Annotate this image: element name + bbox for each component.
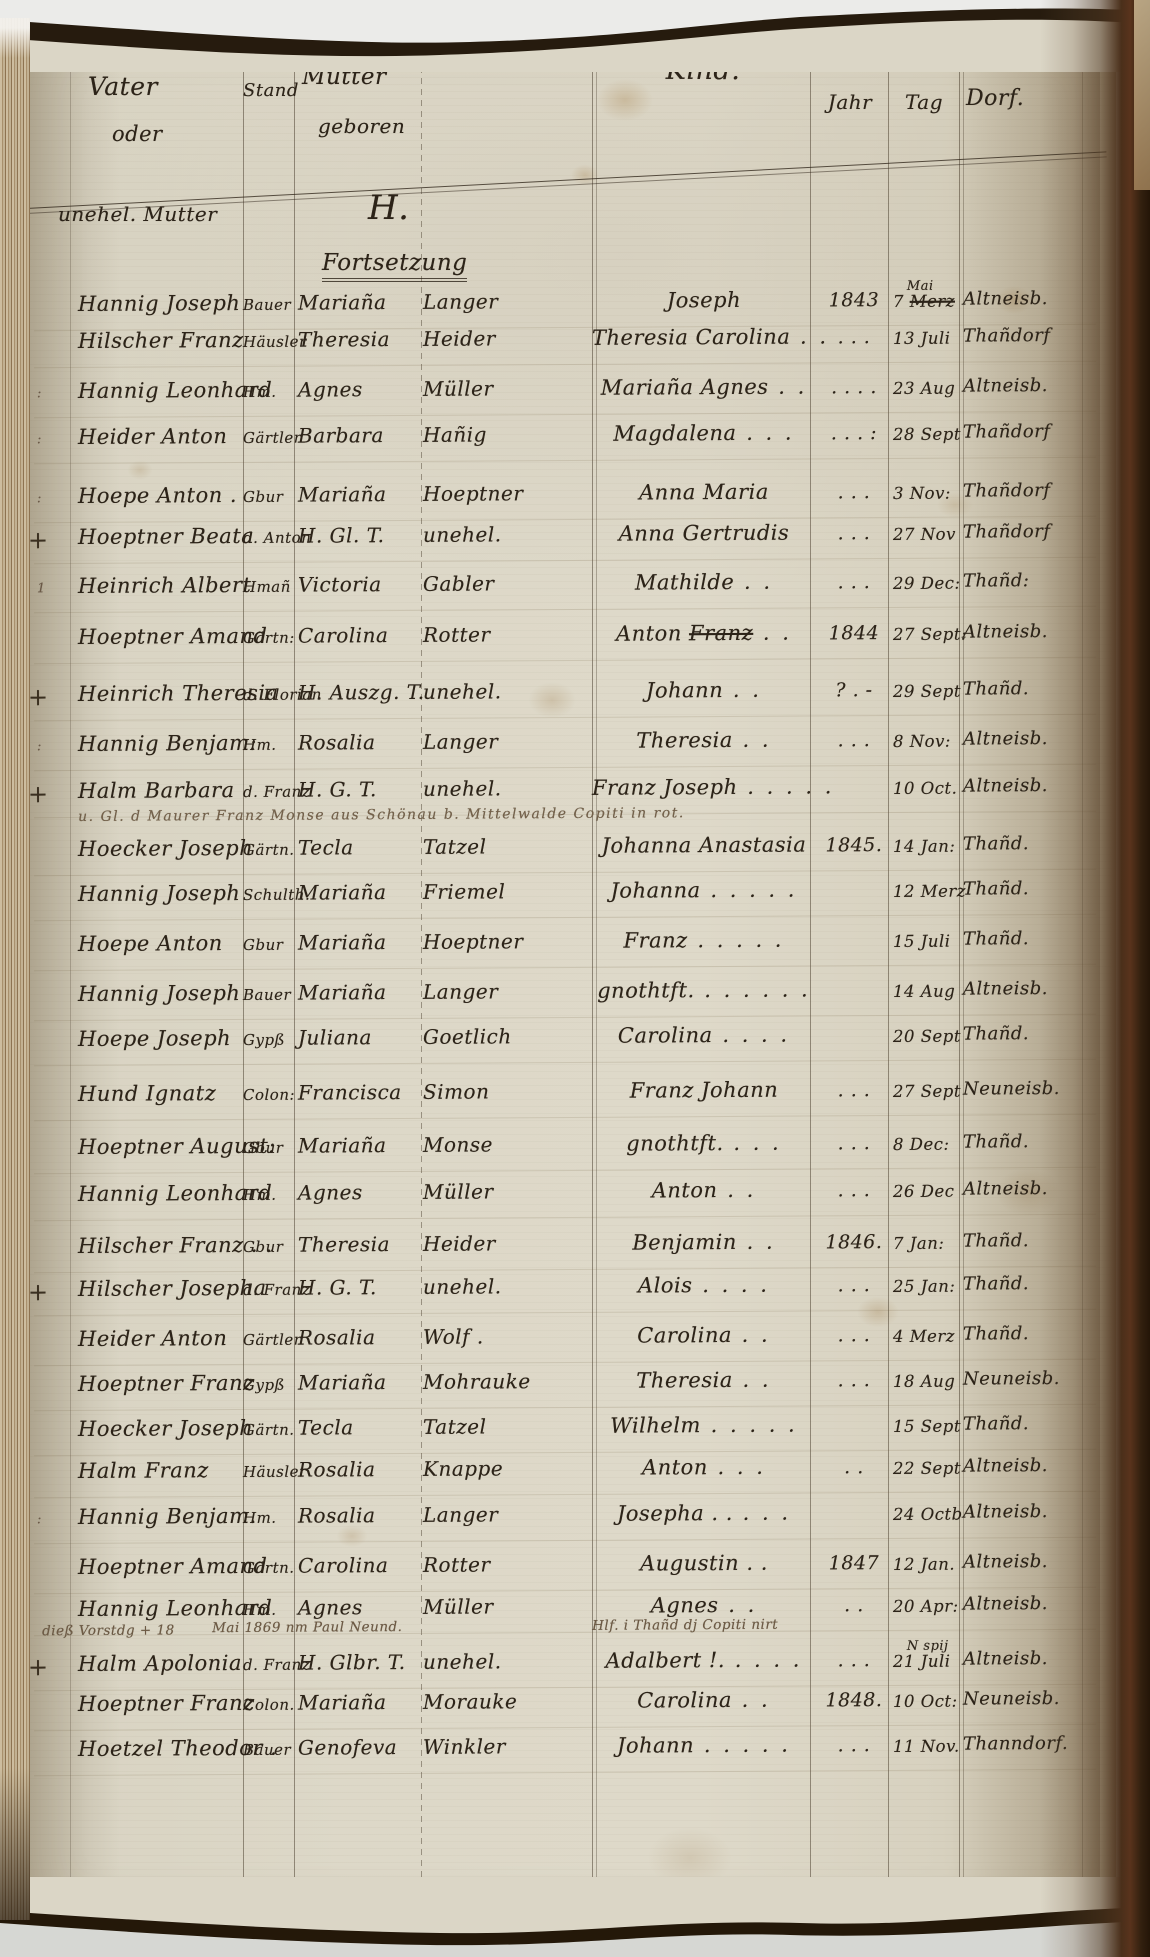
marginal-note: dieß Vorstdg + 18 [42,1622,175,1639]
birth-village: Thañd. [963,1131,1029,1152]
mother-given-name: H. G. T. [298,777,377,801]
birth-year: . . . [815,1734,893,1756]
section-letter: H. [368,188,409,228]
child-name: Johann . . [592,677,816,702]
mother-surname: Friemel [423,879,506,904]
mother-surname: Gabler [423,571,495,595]
birth-day: 14 Jan: [893,837,956,856]
mother-given-name: Theresia [298,327,390,352]
father-status: Bauer [243,296,291,314]
birth-day: 29 Dec: [893,574,961,593]
birth-year: . . . [815,481,893,503]
child-name: Mariaña Agnes . . [592,374,816,399]
birth-village: Thañdorf [963,480,1051,502]
mother-given-name: Mariaña [298,930,387,955]
register-row: Hoepe JosephGypßJulianaGoetlichCarolina … [34,1021,1096,1066]
birth-day: 8 Dec: [893,1135,950,1154]
birth-year: . . . [815,1079,893,1101]
mother-surname: Langer [423,979,498,1003]
birth-day: 26 Dec [893,1182,955,1201]
mother-surname: Langer [423,729,498,753]
birth-year: 1843 [815,289,893,311]
birth-day: 22 Sept [893,1459,961,1478]
birth-village: Altneisb. [963,728,1048,750]
birth-day: 20 Apr: [893,1597,959,1616]
register-row: Hannig JosephBauerMariañaLangergnothtft.… [34,976,1096,1021]
mother-surname: Rotter [423,1552,491,1576]
child-name: Theresia Carolina . . [592,324,816,349]
book-top-edge [0,0,1150,72]
margin-mark: : [37,432,42,447]
illegitimate-cross-mark: + [28,526,49,554]
correction-note: N spij [907,1639,949,1654]
register-row: +Halm Apoloniad. FranzH. Glbr. T.unehel.… [34,1646,1096,1691]
child-name: Theresia . . [592,727,816,752]
birth-day: 29 Sept [893,682,961,701]
birth-day: 10 Oct: [893,1692,958,1711]
father-name: Hoeptner Amand [78,1554,268,1579]
mother-surname: Morauke [423,1689,517,1714]
father-name: Hoeptner Amand [78,624,268,649]
father-name: Hund Ignatz [78,1081,216,1106]
father-status: Hm. [243,1601,277,1619]
child-name: Agnes . . [592,1592,816,1617]
mother-given-name: Rosalia [298,1457,376,1481]
birth-village: Altneisb. [963,1648,1048,1670]
mother-surname: Mohrauke [423,1369,531,1394]
register-row: Hannig JosephSchulth.MariañaFriemelJohan… [34,876,1096,921]
birth-village: Altneisb. [963,288,1048,310]
father-status: Gypß [243,1376,285,1394]
column-header-village: Dorf. [966,86,1024,111]
child-name: Anton Franz . . [592,620,816,645]
birth-day: 8 Nov: [893,732,951,751]
mother-surname: Hoeptner [423,481,524,506]
birth-day: 7 MerzMai [893,292,955,311]
child-name: Franz . . . . . [592,927,816,952]
book-bottom-edge [0,1877,1150,1957]
mother-given-name: Mariaña [298,1370,387,1395]
register-row: :Hannig Benjam:Hm.RosaliaLangerTheresia … [34,726,1096,771]
child-name: Anna Gertrudis [592,520,816,545]
birth-village: Thañd. [963,833,1029,854]
column-header-day: Tag [890,90,958,114]
child-name: Anton . . [592,1177,816,1202]
mother-surname: unehel. [423,1649,502,1673]
birth-year: . . . . [815,376,893,398]
birth-village: Thañdorf [963,325,1051,347]
mother-surname: unehel. [423,522,502,546]
book-spine-right-edge [1040,0,1150,1957]
birth-day: 10 Oct. [893,779,958,798]
mother-given-name: Carolina [298,1553,389,1578]
birth-village: Thañd. [963,878,1029,899]
marginal-note: Mai 1869 nm Paul Neund. [212,1619,402,1636]
margin-mark: : [37,1512,42,1527]
father-name: Hannig Joseph [78,881,241,906]
father-name: Hoecker Joseph [78,836,253,861]
register-row: Hannig LeonhardHm.AgnesMüllerAgnes . .. … [34,1591,1096,1636]
birth-day: 3 Nov: [893,484,951,503]
register-row: Hoecker JosephGärtn.TeclaTatzelJohanna A… [34,831,1096,876]
father-name: Halm Barbara [78,778,235,803]
father-status: Hm. [243,736,277,754]
father-status: Gbur [243,936,284,954]
mother-given-name: Rosalia [298,1325,376,1349]
birth-day: 13 Juli [893,329,951,348]
child-name: Adalbert !. . . . . [592,1647,816,1672]
birth-day: 25 Jan: [893,1277,956,1296]
mother-given-name: Juliana [298,1025,372,1049]
birth-day: 4 Merz [893,1327,955,1346]
father-status: Hm. [243,383,277,401]
birth-village: Altneisb. [963,978,1048,1000]
birth-village: Thañd. [963,678,1029,699]
child-name: Carolina . . [592,1687,816,1712]
birth-village: Altneisb. [963,1178,1048,1200]
child-name: Mathilde . . [592,569,816,594]
birth-village: Thañdorf [963,421,1051,443]
register-row: :Hoepe Anton .GburMariañaHoeptnerAnna Ma… [34,478,1096,523]
mother-surname: Simon [423,1079,490,1103]
mother-surname: Langer [423,289,498,313]
father-name: Heider Anton [78,424,227,449]
father-status: Hmañ [243,578,291,596]
birth-day: 15 Juli [893,932,951,951]
child-name: Magdalena . . . [592,420,816,445]
mother-surname: Müller [423,1594,494,1618]
column-header-mother-line2: geboren [318,114,405,138]
birth-year: . . . [815,571,893,593]
birth-village: Thañdorf [963,521,1051,543]
birth-year: . . . [815,729,893,751]
child-name: Carolina . . [592,1322,816,1347]
mother-surname: unehel. [423,679,502,703]
father-status: Gärtn: [243,629,295,647]
father-status: Gärtler [243,429,302,447]
birth-day: 15 Sept [893,1417,961,1436]
birth-day: 28 Sept [893,425,961,444]
mother-given-name: H. Glbr. T. [298,1650,406,1675]
birth-year: 1847 [815,1552,893,1574]
birth-year: . . . [815,1324,893,1346]
column-header-father: Vater [88,72,158,101]
register-row: +Heinrich Theresiad. FlorianH. Auszg. T.… [34,676,1096,721]
illegitimate-cross-mark: + [28,683,49,711]
birth-village: Altneisb. [963,1551,1048,1573]
register-row: 1Heinrich AlbertHmañVictoriaGablerMathil… [34,568,1096,613]
birth-year: . . [815,1456,893,1478]
father-status: Bauer [243,986,291,1004]
father-name: Hannig Joseph [78,981,241,1006]
mother-given-name: Agnes [298,1595,363,1619]
birth-year: . . . [815,1369,893,1391]
illegitimate-cross-mark: + [28,780,49,808]
mother-given-name: Tecla [298,835,354,859]
mother-given-name: Agnes [298,1180,363,1204]
birth-day: 14 Aug [893,982,955,1001]
mother-given-name: Theresia [298,1232,390,1257]
father-status: Gärtn. [243,1559,295,1577]
birth-day: 24 Octb [893,1505,963,1524]
mother-surname: Heider [423,326,496,350]
register-row: Hoeptner FranzColon.MariañaMoraukeCaroli… [34,1686,1096,1731]
mother-given-name: Tecla [298,1415,354,1439]
father-name: Hannig Benjam. [78,1504,257,1529]
child-name: Alois . . . . [592,1272,816,1297]
mother-surname: unehel. [423,1274,502,1298]
mother-surname: Knappe [423,1456,503,1480]
column-header-year: Jahr [812,90,888,114]
mother-given-name: Rosalia [298,730,376,754]
mother-surname: Winkler [423,1734,506,1759]
column-header-stand: Stand [243,80,299,101]
register-row: +Hilscher Josephad. FranzH. G. T.unehel.… [34,1271,1096,1316]
register-row: +Hoeptner Beatad. AntonH. Gl. T.unehel.A… [34,519,1096,564]
child-name: Johanna Anastasia [592,832,816,857]
birth-village: Altneisb. [963,775,1048,797]
birth-year: . . . [815,1649,893,1671]
mother-given-name: Mariaña [298,880,387,905]
illegitimate-cross-mark: + [28,1278,49,1306]
father-name: Hoepe Anton [78,931,223,956]
birth-year: . . . [815,326,893,348]
child-name: Franz Joseph . . . . . [592,774,816,799]
birth-year: 1848. [815,1689,893,1711]
birth-year: . . [815,1594,893,1616]
birth-year: . . . : [815,422,893,444]
register-row: Hund IgnatzColon:FranciscaSimonFranz Joh… [34,1076,1096,1121]
birth-day: 7 Jan: [893,1234,945,1253]
mother-surname: Tatzel [423,834,487,858]
register-row: Hoeptner August:GburMariañaMonsegnothtft… [34,1129,1096,1174]
register-row: Hoeptner AmandGärtn:CarolinaRotterAnton … [34,619,1096,664]
father-status: Hm. [243,1186,277,1204]
child-name: Johann . . . . . [592,1732,816,1757]
father-name: Hannig Benjam: [78,731,257,756]
birth-village: Thañd: [963,570,1030,591]
mother-surname: Heider [423,1231,496,1255]
father-name: Halm Franz [78,1458,209,1483]
mother-surname: Rotter [423,622,491,646]
father-name: Heider Anton [78,1326,227,1351]
father-name: Heinrich Albert [78,573,252,598]
margin-mark: : [37,739,42,754]
father-status: Hm. [243,1509,277,1527]
birth-year: . . . [815,1179,893,1201]
mother-surname: unehel. [423,776,502,800]
father-name: Hannig Joseph [78,291,241,316]
page-stack-edge [0,18,30,1920]
illegitimate-cross-mark: + [28,1653,49,1681]
child-name: Joseph [592,287,816,312]
register-row: Hannig LeonhardHm.AgnesMüllerAnton . .. … [34,1176,1096,1221]
father-name: Halm Apolonia [78,1651,242,1676]
birth-village: Altneisb. [963,375,1048,397]
birth-year: 1844 [815,622,893,644]
child-name: Carolina . . . . [592,1022,816,1047]
register-row: :Hannig LeonhardHm.AgnesMüllerMariaña Ag… [34,373,1096,418]
birth-year: . . . [815,1274,893,1296]
child-name: Theresia . . [592,1367,816,1392]
mother-surname: Müller [423,376,494,400]
subheader-unwed-mother-label: unehel. Mutter [58,202,217,226]
mother-given-name: Mariaña [298,1133,387,1158]
register-row: Hilscher Franz . .GburTheresiaHeiderBenj… [34,1228,1096,1273]
mother-given-name: Francisca [298,1080,402,1105]
birth-village: Altneisb. [963,1455,1048,1477]
mother-given-name: Mariaña [298,482,387,507]
child-name: Anna Maria [592,479,816,504]
register-row: :Heider AntonGärtlerBarbaraHañigMagdalen… [34,419,1096,464]
father-status: Gbur [243,488,284,506]
birth-day: 27 Nov [893,525,956,544]
father-name: Hoepe Anton . [78,483,237,508]
birth-day: 27 Sept [893,1082,961,1101]
birth-day: 12 Merz [893,882,966,901]
margin-mark: : [37,491,42,506]
father-status: Gärtn. [243,1421,295,1439]
child-name: Josepha . . . . . [592,1500,816,1525]
register-row: Hoepe AntonGburMariañaHoeptnerFranz . . … [34,926,1096,971]
father-name: Hoeptner Franz [78,1691,255,1716]
mother-given-name: Mariaña [298,980,387,1005]
birth-year: 1845. [815,834,893,856]
child-name: Benjamin . . [592,1229,816,1254]
father-name: Hoeptner Franz [78,1371,255,1396]
register-row: Heider AntonGärtlerRosaliaWolf .Carolina… [34,1321,1096,1366]
birth-day: 11 Nov. [893,1737,960,1756]
column-header-father-line2: oder [112,122,163,146]
father-name: Hoepe Joseph [78,1026,231,1051]
register-row: +Halm Barbarad. FranzH. G. T.unehel.Fran… [34,773,1096,818]
birth-village: Altneisb. [963,1593,1048,1615]
register-row: Hoetzel Theodor .BauerGenofevaWinklerJoh… [34,1731,1096,1776]
birth-village: Altneisb. [963,1501,1048,1523]
child-name: Anton . . . [592,1454,816,1479]
birth-year: ? . - [815,679,893,701]
mother-given-name: Genofeva [298,1735,397,1760]
father-name: Hoecker Joseph [78,1416,253,1441]
mother-given-name: Carolina [298,623,389,648]
mother-surname: Müller [423,1179,494,1203]
birth-day: 27 Sept: [893,625,967,644]
mother-surname: Monse [423,1132,493,1156]
birth-village: Thañd. [963,928,1029,949]
birth-day: 21 JuliN spij [893,1652,951,1671]
child-name: Franz Johann [592,1077,816,1102]
mother-surname: Hañig [423,422,487,446]
mother-given-name: Agnes [298,377,363,401]
mother-given-name: H. Gl. T. [298,523,385,548]
father-status: Gärtler [243,1331,302,1349]
birth-village: Thañd. [963,1023,1029,1044]
birth-village: Thañd. [963,1230,1029,1251]
next-page-sliver [1134,0,1150,190]
father-status: Colon: [243,1086,295,1104]
mother-surname: Wolf . [423,1324,484,1348]
birth-village: Thañd. [963,1323,1029,1344]
correction-note: Mai [907,279,934,294]
register-row: Hoeptner AmandGärtn.CarolinaRotterAugust… [34,1549,1096,1594]
birth-village: Thañd. [963,1413,1029,1434]
marginal-note: Hlf. i Thañd dj Copiti nirt [592,1617,778,1634]
birth-year: . . . [815,1132,893,1154]
mother-given-name: H. Auszg. T. [298,680,425,705]
child-name: Johanna . . . . . [592,877,816,902]
section-continuation-label: Fortsetzung [322,250,467,282]
register-row: Hilscher FranzHäuslerTheresiaHeiderThere… [34,323,1096,368]
margin-mark: 1 [37,581,46,596]
birth-village: Thañd. [963,1273,1029,1294]
mother-surname: Langer [423,1502,498,1526]
mother-surname: Tatzel [423,1414,487,1438]
birth-day: 20 Sept [893,1027,961,1046]
birth-day: 18 Aug [893,1372,955,1391]
birth-village: Altneisb. [963,621,1048,643]
father-name: Hilscher Franz [78,328,244,353]
child-name: Wilhelm . . . . . [592,1412,816,1437]
birth-day: 23 Aug [893,379,955,398]
birth-year: 1846. [815,1231,893,1253]
scanned-register-page: Vater oder Stand Mutter geboren Kind. Ge… [0,0,1150,1957]
mother-given-name: Mariaña [298,290,387,315]
father-status: Bauer [243,1741,291,1759]
father-status: Gbur [243,1238,284,1256]
register-row: Halm FranzHäuslerRosaliaKnappeAnton . . … [34,1453,1096,1498]
father-status: Gypß [243,1031,285,1049]
birth-year: . . . [815,522,893,544]
mother-given-name: Mariaña [298,1690,387,1715]
father-name: Hoeptner Beata [78,524,254,549]
child-name: gnothtft. . . . [592,1130,816,1155]
child-name: gnothtft. . . . . . . [592,977,816,1002]
register-row: Hoeptner FranzGypßMariañaMohraukeTheresi… [34,1366,1096,1411]
father-name: Hilscher Josepha [78,1276,267,1301]
mother-given-name: Victoria [298,572,382,597]
register-row: :Hannig Benjam.Hm.RosaliaLangerJosepha .… [34,1499,1096,1544]
mother-given-name: H. G. T. [298,1275,377,1299]
birth-day: 12 Jan. [893,1555,955,1574]
mother-surname: Hoeptner [423,929,524,954]
father-status: Colon. [243,1696,295,1714]
mother-given-name: Rosalia [298,1503,376,1527]
father-status: Gärtn. [243,841,295,859]
father-status: Gbur [243,1139,284,1157]
child-name: Augustin . . [592,1550,816,1575]
margin-mark: : [37,386,42,401]
register-row: Hoecker JosephGärtn.TeclaTatzelWilhelm .… [34,1411,1096,1456]
mother-surname: Goetlich [423,1024,512,1049]
mother-given-name: Barbara [298,423,384,448]
